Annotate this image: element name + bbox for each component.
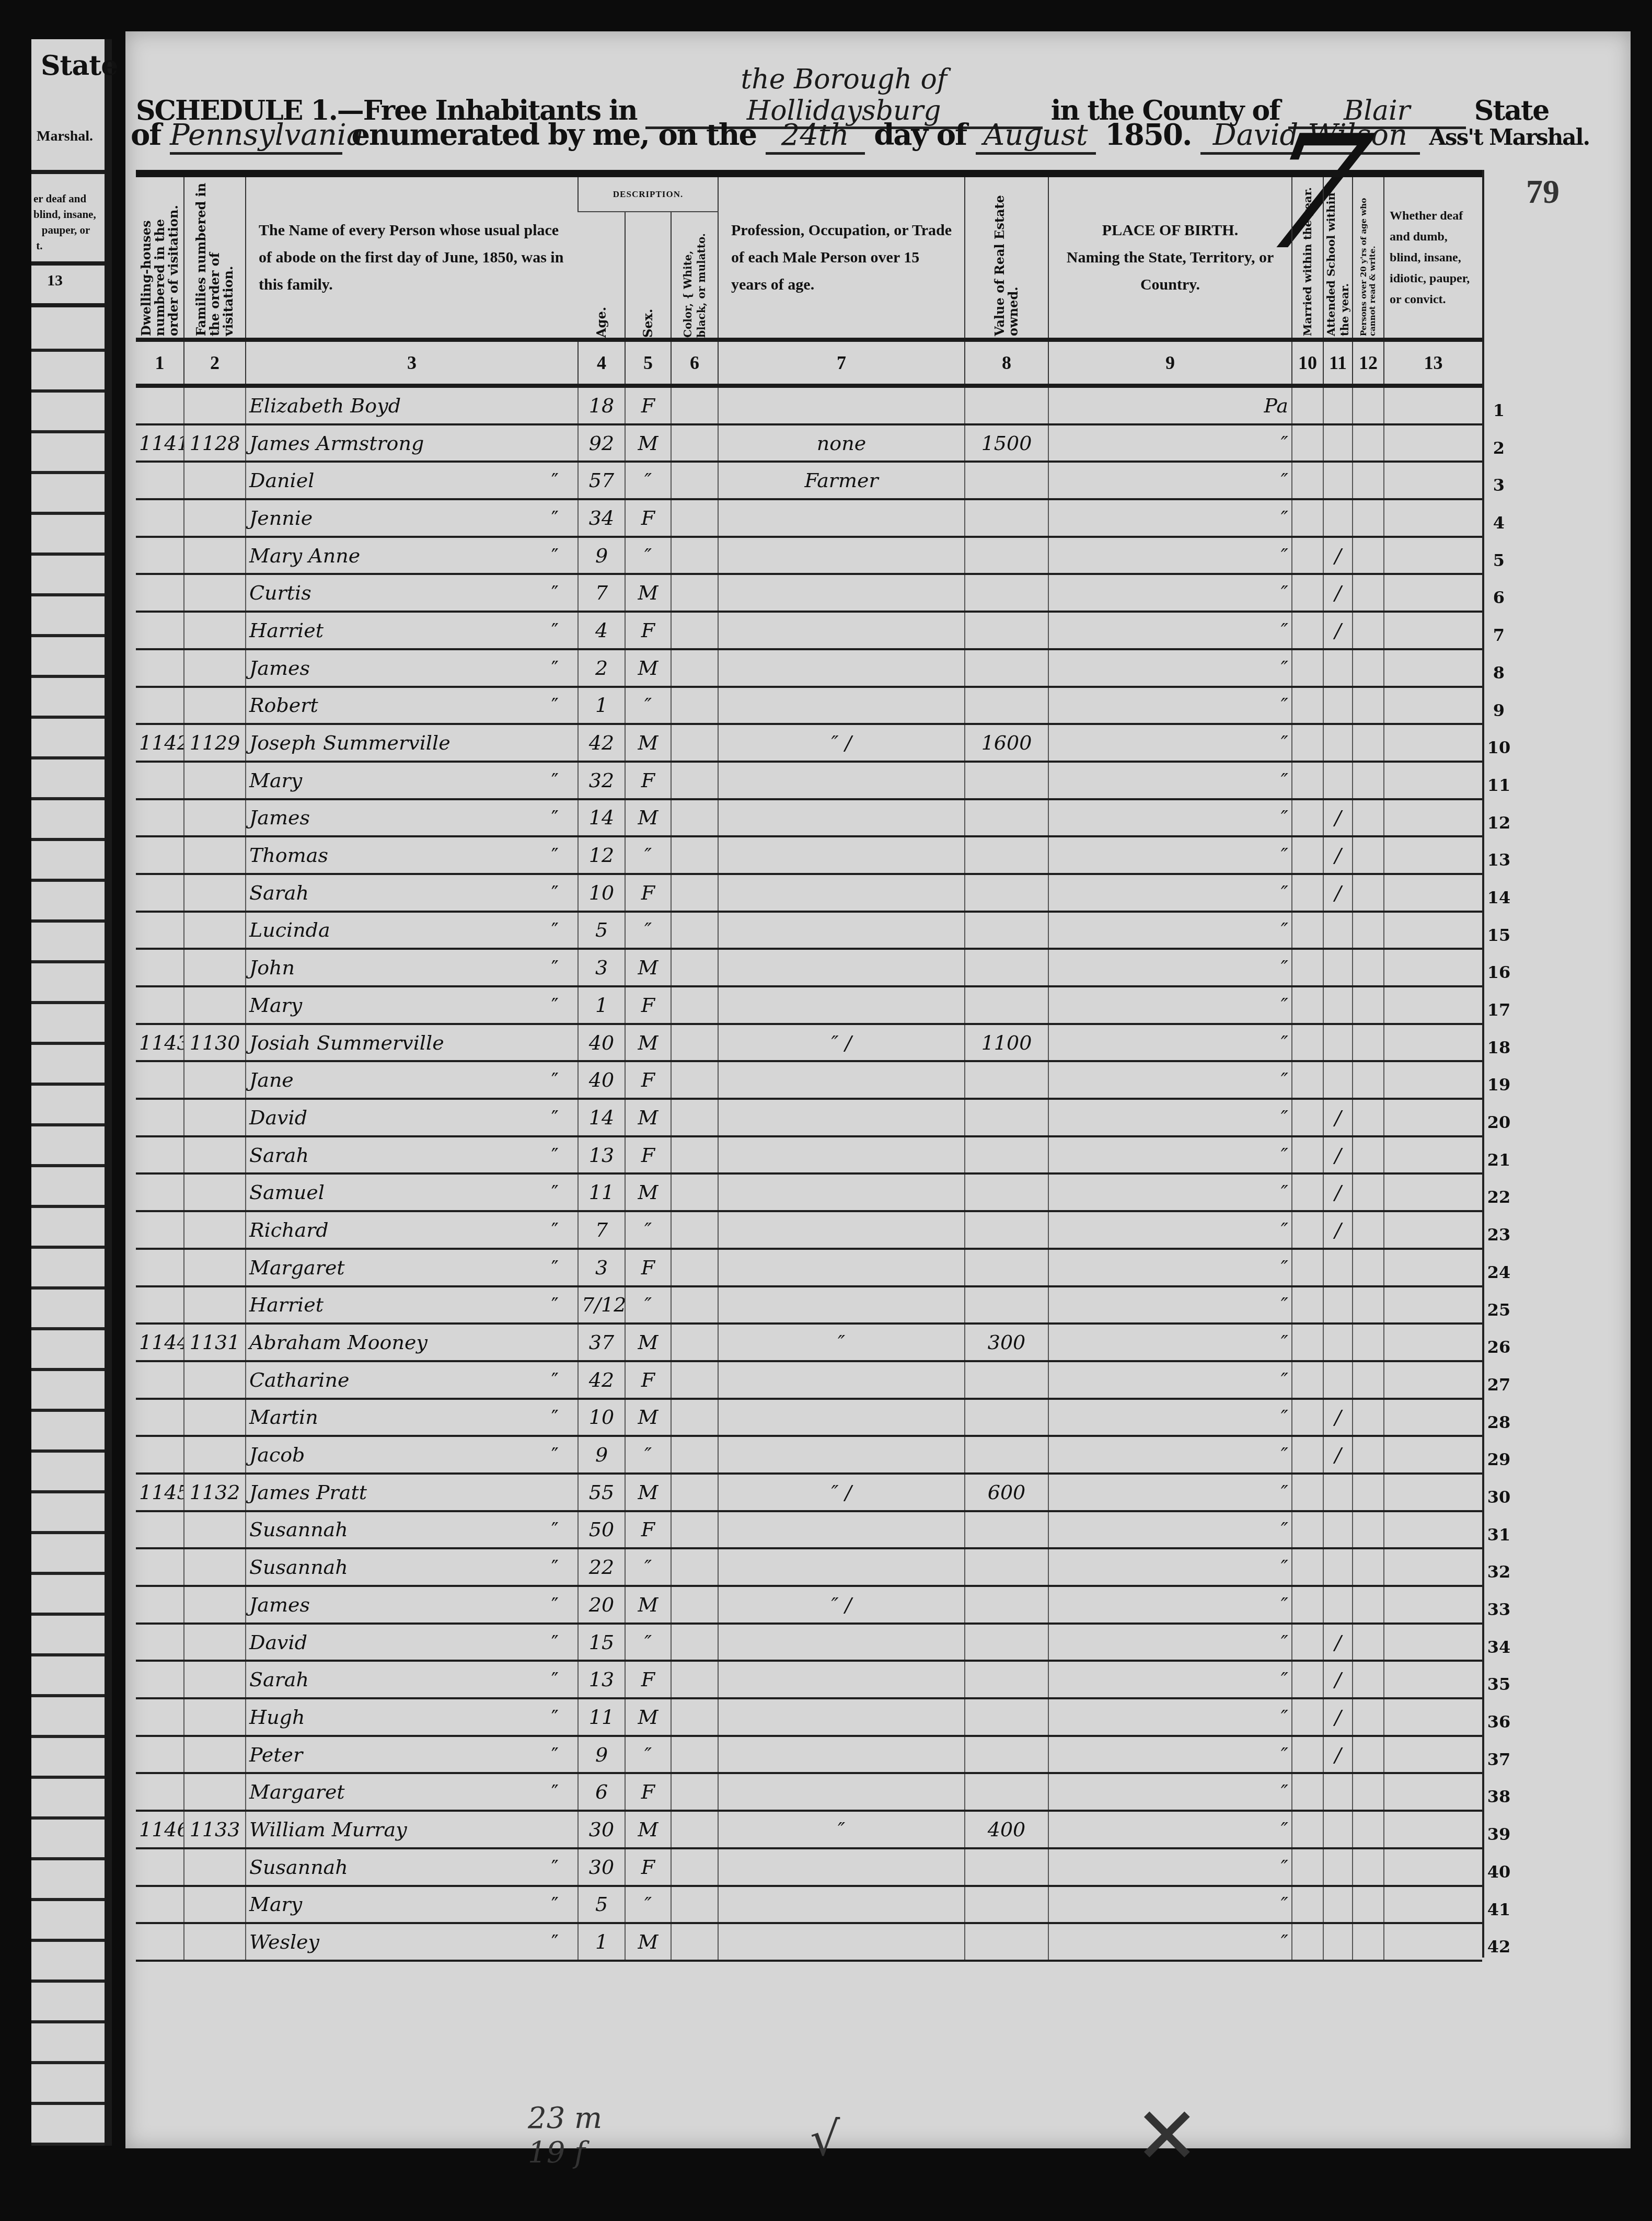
married-mark: [1292, 612, 1323, 649]
person-name: Harriet″: [246, 1286, 578, 1324]
disability-value: [1384, 1136, 1482, 1174]
school-mark: /: [1323, 574, 1353, 612]
person-name: William Murray: [246, 1811, 578, 1848]
illiterate-mark: [1353, 1436, 1384, 1474]
adjacent-ruled-lines: [31, 311, 105, 2146]
family-number: [184, 986, 246, 1024]
birthplace-value: ″: [1048, 1099, 1292, 1136]
birthplace-value: ″: [1048, 1886, 1292, 1924]
school-mark: /: [1323, 537, 1353, 574]
real-estate-value: [965, 949, 1048, 986]
line-number: 23: [1483, 1216, 1515, 1254]
dwelling-number: [136, 1586, 184, 1624]
header-description-group: DESCRIPTION.: [578, 174, 718, 212]
color-value: [671, 1811, 718, 1848]
dwelling-number: [136, 836, 184, 874]
disability-value: [1384, 499, 1482, 537]
color-value: [671, 1736, 718, 1774]
sex-value: M: [625, 574, 671, 612]
sex-value: F: [625, 1661, 671, 1698]
school-mark: [1323, 649, 1353, 687]
census-row: 11441131Abraham Mooney37M″300″: [136, 1324, 1482, 1361]
census-row: Harriet″7/12″″: [136, 1286, 1482, 1324]
person-name: Susannah″: [246, 1511, 578, 1549]
age-value: 34: [578, 499, 625, 537]
real-estate-value: [965, 874, 1048, 912]
family-number: 1131: [184, 1324, 246, 1361]
disability-value: [1384, 1661, 1482, 1698]
illiterate-mark: [1353, 462, 1384, 499]
illiterate-mark: [1353, 1211, 1384, 1249]
married-mark: [1292, 1848, 1323, 1886]
line-number: 18: [1483, 1029, 1515, 1067]
occupation-value: [718, 1286, 965, 1324]
line-number: 1: [1483, 392, 1515, 430]
census-row: Jane″40F″: [136, 1061, 1482, 1099]
family-number: [184, 1361, 246, 1399]
married-mark: [1292, 1624, 1323, 1661]
married-mark: [1292, 1923, 1323, 1961]
line-number: 7: [1483, 617, 1515, 654]
disability-value: [1384, 1698, 1482, 1736]
surname-ditto-mark: ″: [551, 844, 559, 867]
sex-tally-note: 23 m 19 f: [528, 2101, 602, 2170]
year-label: 1850.: [1105, 118, 1191, 152]
birthplace-value: ″: [1048, 1286, 1292, 1324]
census-row: Robert″1″″: [136, 687, 1482, 724]
occupation-value: ″: [718, 1324, 965, 1361]
family-number: [184, 1511, 246, 1549]
school-mark: /: [1323, 799, 1353, 837]
person-name: Catharine″: [246, 1361, 578, 1399]
enumerated-label: enumerated by me, on the: [351, 118, 756, 152]
family-number: [184, 1173, 246, 1211]
birthplace-value: ″: [1048, 1811, 1292, 1848]
line-number: 4: [1483, 504, 1515, 542]
line-number: 30: [1483, 1479, 1515, 1516]
color-value: [671, 499, 718, 537]
line-number: 15: [1483, 917, 1515, 954]
illiterate-mark: [1353, 874, 1384, 912]
age-value: 1: [578, 986, 625, 1024]
person-name: Mary″: [246, 762, 578, 799]
sex-value: ″: [625, 912, 671, 949]
line-number: 26: [1483, 1329, 1515, 1366]
sex-value: F: [625, 1773, 671, 1811]
dwelling-number: [136, 1773, 184, 1811]
sex-value: M: [625, 1324, 671, 1361]
family-number: [184, 836, 246, 874]
married-mark: [1292, 1061, 1323, 1099]
person-name: Hugh″: [246, 1698, 578, 1736]
person-name: Margaret″: [246, 1249, 578, 1286]
day-field: 24th: [766, 118, 865, 155]
sex-value: F: [625, 612, 671, 649]
marshal-label: Ass't Marshal.: [1429, 124, 1589, 150]
line-number: 13: [1483, 842, 1515, 879]
line-number: 25: [1483, 1292, 1515, 1329]
line-number: 17: [1483, 992, 1515, 1029]
of-label: of: [131, 118, 160, 152]
dwelling-number: [136, 1923, 184, 1961]
illiterate-mark: [1353, 1698, 1384, 1736]
age-value: 5: [578, 1886, 625, 1924]
line-number: 22: [1483, 1179, 1515, 1216]
day-of-label: day of: [874, 118, 966, 152]
illiterate-mark: [1353, 1661, 1384, 1698]
age-value: 13: [578, 1136, 625, 1174]
census-page: SCHEDULE 1.—Free Inhabitants in the Boro…: [125, 31, 1631, 2148]
sex-value: F: [625, 1511, 671, 1549]
disability-value: [1384, 1399, 1482, 1436]
adjacent-marshal-label: Marshal.: [37, 128, 93, 145]
birthplace-value: ″: [1048, 912, 1292, 949]
color-value: [671, 462, 718, 499]
person-name: Martin″: [246, 1399, 578, 1436]
age-value: 9: [578, 537, 625, 574]
married-mark: [1292, 1173, 1323, 1211]
dwelling-number: 1142: [136, 724, 184, 762]
color-value: [671, 799, 718, 837]
header-school: Attended School within the year.: [1323, 174, 1353, 340]
dwelling-number: [136, 1511, 184, 1549]
census-row: John″3M″: [136, 949, 1482, 986]
color-value: [671, 1848, 718, 1886]
line-number: 2: [1483, 430, 1515, 467]
school-mark: [1323, 1848, 1353, 1886]
sex-value: M: [625, 1099, 671, 1136]
married-mark: [1292, 1249, 1323, 1286]
color-value: [671, 1173, 718, 1211]
line-number: 9: [1483, 692, 1515, 730]
real-estate-value: 1500: [965, 424, 1048, 462]
color-value: [671, 949, 718, 986]
real-estate-value: [965, 499, 1048, 537]
census-row: 11411128James Armstrong92Mnone1500″: [136, 424, 1482, 462]
line-number: 10: [1483, 729, 1515, 767]
real-estate-value: [965, 1436, 1048, 1474]
illiterate-mark: [1353, 1136, 1384, 1174]
sex-value: ″: [625, 1624, 671, 1661]
family-number: [184, 1211, 246, 1249]
occupation-value: [718, 1399, 965, 1436]
color-value: [671, 1698, 718, 1736]
sex-value: F: [625, 1061, 671, 1099]
occupation-value: [718, 1173, 965, 1211]
line-number: 27: [1483, 1366, 1515, 1404]
illiterate-mark: [1353, 537, 1384, 574]
family-number: 1130: [184, 1024, 246, 1062]
birthplace-value: ″: [1048, 1324, 1292, 1361]
line-number: 42: [1483, 1928, 1515, 1966]
family-number: [184, 1586, 246, 1624]
illiterate-mark: [1353, 574, 1384, 612]
school-mark: [1323, 724, 1353, 762]
real-estate-value: [965, 1099, 1048, 1136]
disability-value: [1384, 836, 1482, 874]
disability-value: [1384, 1548, 1482, 1586]
real-estate-value: [965, 1736, 1048, 1774]
disability-value: [1384, 1923, 1482, 1961]
family-number: 1129: [184, 724, 246, 762]
age-value: 11: [578, 1173, 625, 1211]
census-row: Curtis″7M″/: [136, 574, 1482, 612]
line-number: 8: [1483, 654, 1515, 692]
sex-value: ″: [625, 462, 671, 499]
sex-value: ″: [625, 537, 671, 574]
color-value: [671, 836, 718, 874]
school-mark: /: [1323, 836, 1353, 874]
surname-ditto-mark: ″: [551, 918, 559, 941]
dwelling-number: 1144: [136, 1324, 184, 1361]
school-mark: [1323, 1024, 1353, 1062]
married-mark: [1292, 499, 1323, 537]
real-estate-value: [965, 1211, 1048, 1249]
occupation-value: [718, 836, 965, 874]
illiterate-mark: [1353, 836, 1384, 874]
dwelling-number: 1141: [136, 424, 184, 462]
dwelling-number: [136, 386, 184, 424]
month-field: August: [976, 118, 1096, 155]
adjacent-page-strip: State Marshal. er deaf and blind, insane…: [31, 39, 112, 2146]
color-value: [671, 986, 718, 1024]
person-name: Samuel″: [246, 1173, 578, 1211]
illiterate-mark: [1353, 799, 1384, 837]
school-mark: /: [1323, 1698, 1353, 1736]
surname-ditto-mark: ″: [551, 1930, 559, 1953]
color-value: [671, 912, 718, 949]
census-row: Mary Anne″9″″/: [136, 537, 1482, 574]
birthplace-value: ″: [1048, 462, 1292, 499]
illiterate-mark: [1353, 1511, 1384, 1549]
person-name: Margaret″: [246, 1773, 578, 1811]
dwelling-number: [136, 462, 184, 499]
family-number: [184, 1923, 246, 1961]
school-mark: [1323, 762, 1353, 799]
illiterate-mark: [1353, 1848, 1384, 1886]
line-number: 34: [1483, 1629, 1515, 1666]
school-mark: [1323, 687, 1353, 724]
surname-ditto-mark: ″: [551, 1631, 559, 1654]
family-number: [184, 1286, 246, 1324]
married-mark: [1292, 1211, 1323, 1249]
married-mark: [1292, 874, 1323, 912]
real-estate-value: [965, 1399, 1048, 1436]
sex-value: M: [625, 949, 671, 986]
age-value: 3: [578, 949, 625, 986]
adjacent-column-header: er deaf and blind, insane, pauper, or t.: [33, 191, 96, 254]
disability-value: [1384, 1099, 1482, 1136]
illiterate-mark: [1353, 612, 1384, 649]
real-estate-value: [965, 1136, 1048, 1174]
sex-value: M: [625, 799, 671, 837]
surname-ditto-mark: ″: [551, 1218, 559, 1241]
dwelling-number: [136, 1173, 184, 1211]
census-row: James″2M″: [136, 649, 1482, 687]
color-value: [671, 1136, 718, 1174]
real-estate-value: [965, 537, 1048, 574]
married-mark: [1292, 1886, 1323, 1924]
surname-ditto-mark: ″: [551, 581, 559, 604]
family-number: [184, 1736, 246, 1774]
married-mark: [1292, 1474, 1323, 1511]
disability-value: [1384, 462, 1482, 499]
color-value: [671, 1661, 718, 1698]
dwelling-number: [136, 1099, 184, 1136]
occupation-value: [718, 1886, 965, 1924]
disability-value: [1384, 424, 1482, 462]
birthplace-value: ″: [1048, 1436, 1292, 1474]
married-mark: [1292, 986, 1323, 1024]
age-value: 1: [578, 687, 625, 724]
sex-value: M: [625, 1173, 671, 1211]
disability-value: [1384, 1061, 1482, 1099]
census-table: Dwelling-houses numbered in the order of…: [136, 170, 1482, 1962]
disability-value: [1384, 1811, 1482, 1848]
occupation-value: [718, 649, 965, 687]
school-mark: [1323, 1886, 1353, 1924]
birthplace-value: ″: [1048, 1736, 1292, 1774]
married-mark: [1292, 1399, 1323, 1436]
sex-value: F: [625, 499, 671, 537]
sex-value: ″: [625, 836, 671, 874]
person-name: James″: [246, 799, 578, 837]
color-value: [671, 687, 718, 724]
birthplace-value: ″: [1048, 1361, 1292, 1399]
family-number: [184, 762, 246, 799]
married-mark: [1292, 949, 1323, 986]
school-mark: /: [1323, 874, 1353, 912]
disability-value: [1384, 762, 1482, 799]
married-mark: [1292, 574, 1323, 612]
real-estate-value: [965, 612, 1048, 649]
surname-ditto-mark: ″: [551, 1780, 559, 1803]
dwelling-number: 1146: [136, 1811, 184, 1848]
census-row: Susannah″50F″: [136, 1511, 1482, 1549]
family-number: [184, 949, 246, 986]
occupation-value: [718, 949, 965, 986]
dwelling-number: [136, 1698, 184, 1736]
age-value: 9: [578, 1736, 625, 1774]
family-number: [184, 687, 246, 724]
person-name: James″: [246, 649, 578, 687]
school-mark: [1323, 424, 1353, 462]
birthplace-value: ″: [1048, 1923, 1292, 1961]
birthplace-value: ″: [1048, 1249, 1292, 1286]
person-name: Sarah″: [246, 874, 578, 912]
birthplace-value: ″: [1048, 762, 1292, 799]
census-row: Peter″9″″/: [136, 1736, 1482, 1774]
surname-ditto-mark: ″: [551, 1443, 559, 1466]
line-number: 38: [1483, 1778, 1515, 1816]
line-number: 14: [1483, 879, 1515, 917]
married-mark: [1292, 1024, 1323, 1062]
census-row: James″14M″/: [136, 799, 1482, 837]
birthplace-value: ″: [1048, 799, 1292, 837]
dwelling-number: [136, 1286, 184, 1324]
surname-ditto-mark: ″: [551, 769, 559, 792]
school-mark: /: [1323, 1099, 1353, 1136]
age-value: 18: [578, 386, 625, 424]
illiterate-mark: [1353, 1399, 1384, 1436]
header-family: Families numbered in the order of visita…: [184, 174, 246, 340]
disability-value: [1384, 1211, 1482, 1249]
census-row: 11461133William Murray30M″400″: [136, 1811, 1482, 1848]
dwelling-number: [136, 537, 184, 574]
dwelling-number: [136, 762, 184, 799]
occupation-value: [718, 762, 965, 799]
illiterate-mark: [1353, 912, 1384, 949]
married-mark: [1292, 912, 1323, 949]
birthplace-value: ″: [1048, 1061, 1292, 1099]
census-row: David″15″″/: [136, 1624, 1482, 1661]
family-number: [184, 1249, 246, 1286]
school-mark: /: [1323, 1173, 1353, 1211]
illiterate-mark: [1353, 649, 1384, 687]
person-name: Susannah″: [246, 1848, 578, 1886]
real-estate-value: [965, 762, 1048, 799]
school-mark: [1323, 1923, 1353, 1961]
school-mark: [1323, 499, 1353, 537]
person-name: David″: [246, 1099, 578, 1136]
real-estate-value: [965, 1361, 1048, 1399]
illiterate-mark: [1353, 762, 1384, 799]
real-estate-value: 300: [965, 1324, 1048, 1361]
age-value: 14: [578, 799, 625, 837]
sex-value: M: [625, 1811, 671, 1848]
sex-value: ″: [625, 1886, 671, 1924]
person-name: Peter″: [246, 1736, 578, 1774]
sex-value: ″: [625, 687, 671, 724]
color-value: [671, 1436, 718, 1474]
age-value: 15: [578, 1624, 625, 1661]
header-birthplace: PLACE OF BIRTH. Naming the State, Territ…: [1048, 174, 1292, 340]
age-value: 2: [578, 649, 625, 687]
occupation-value: [718, 1511, 965, 1549]
birthplace-value: ″: [1048, 1136, 1292, 1174]
occupation-value: ″ /: [718, 1586, 965, 1624]
person-name: Wesley″: [246, 1923, 578, 1961]
married-mark: [1292, 462, 1323, 499]
person-name: Jane″: [246, 1061, 578, 1099]
family-number: [184, 1698, 246, 1736]
married-mark: [1292, 1361, 1323, 1399]
real-estate-value: [965, 799, 1048, 837]
school-mark: /: [1323, 1399, 1353, 1436]
folio-number: 79: [1526, 172, 1559, 211]
occupation-value: [718, 1624, 965, 1661]
line-number: 24: [1483, 1254, 1515, 1292]
disability-value: [1384, 1324, 1482, 1361]
age-value: 14: [578, 1099, 625, 1136]
person-name: Mary″: [246, 986, 578, 1024]
column-number-row: 123 456 789 101112 13: [136, 340, 1482, 386]
state-field: Pennsylvania: [170, 118, 342, 155]
header-real-estate: Value of Real Estate owned.: [965, 174, 1048, 340]
family-number: [184, 1099, 246, 1136]
disability-value: [1384, 1736, 1482, 1774]
real-estate-value: 600: [965, 1474, 1048, 1511]
birthplace-value: ″: [1048, 649, 1292, 687]
married-mark: [1292, 1511, 1323, 1549]
sex-value: F: [625, 986, 671, 1024]
census-row: Wesley″1M″: [136, 1923, 1482, 1961]
sex-value: F: [625, 1249, 671, 1286]
person-name: Curtis″: [246, 574, 578, 612]
real-estate-value: [965, 1249, 1048, 1286]
dwelling-number: 1143: [136, 1024, 184, 1062]
family-number: [184, 912, 246, 949]
